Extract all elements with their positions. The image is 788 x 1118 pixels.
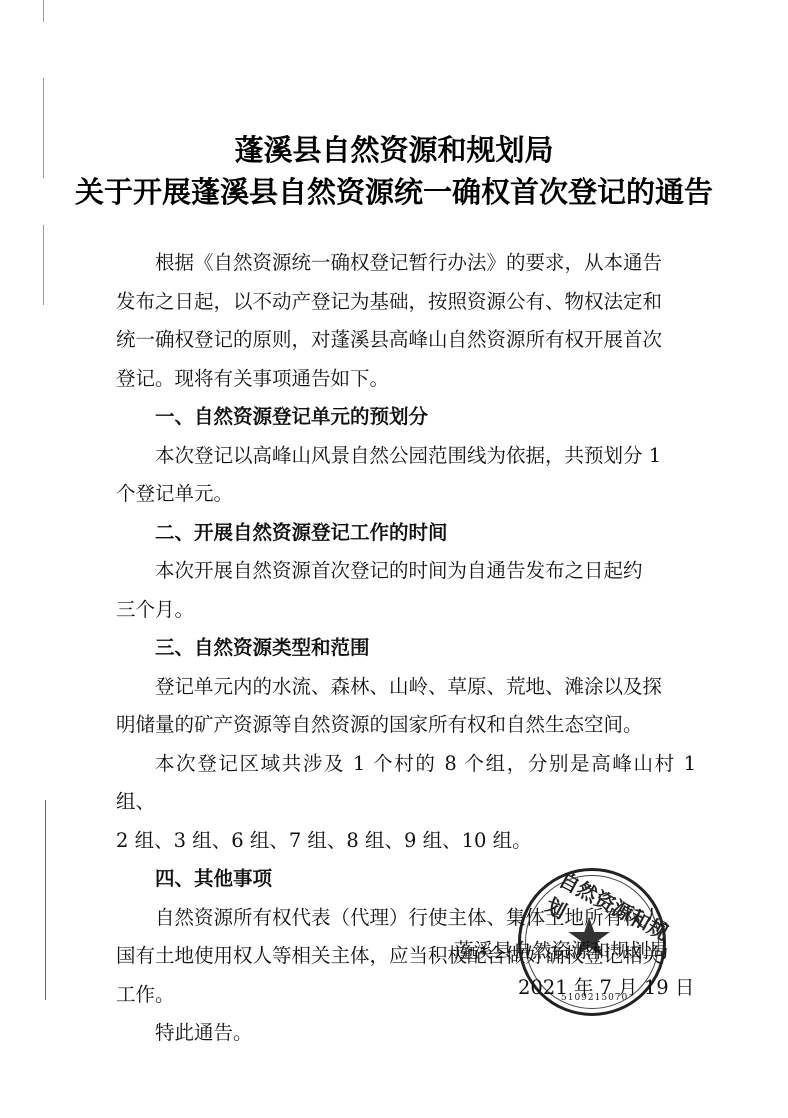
section-3-line: 明储量的矿产资源等自然资源的国家所有权和自然生态空间。: [116, 706, 696, 745]
section-3-line: 本次登记区域共涉及 1 个村的 8 个组，分别是高峰山村 1 组、: [116, 745, 696, 822]
section-3-line: 2 组、3 组、6 组、7 组、8 组、9 组、10 组。: [116, 822, 696, 861]
intro-line: 根据《自然资源统一确权登记暂行办法》的要求，从本通告: [116, 244, 696, 283]
section-heading-1: 一、自然资源登记单元的预划分: [116, 398, 696, 437]
document-title-subject: 关于开展蓬溪县自然资源统一确权首次登记的通告: [0, 170, 788, 211]
signature-org: 蓬溪县自然资源和规划局: [454, 935, 669, 963]
section-heading-2: 二、开展自然资源登记工作的时间: [116, 514, 696, 553]
section-1-line: 个登记单元。: [116, 475, 696, 514]
scan-edge-line: [43, 225, 44, 305]
scan-edge-line: [45, 800, 46, 1000]
section-1-line: 本次登记以高峰山风景自然公园范围线为依据，共预划分 1: [116, 437, 696, 476]
intro-line: 登记。现将有关事项通告如下。: [116, 360, 696, 399]
section-2-line: 本次开展自然资源首次登记的时间为自通告发布之日起约: [116, 552, 696, 591]
section-3-line: 登记单元内的水流、森林、山岭、草原、荒地、滩涂以及探: [116, 668, 696, 707]
scan-edge-line: [43, 0, 44, 22]
intro-line: 发布之日起，以不动产登记为基础，按照资源公有、物权法定和: [116, 283, 696, 322]
document-title-issuer: 蓬溪县自然资源和规划局: [0, 128, 788, 169]
section-heading-3: 三、自然资源类型和范围: [116, 629, 696, 668]
signature-date: 2021 年 7 月 19 日: [518, 972, 694, 1000]
section-2-line: 三个月。: [116, 591, 696, 630]
intro-line: 统一确权登记的原则，对蓬溪县高峰山自然资源所有权开展首次: [116, 321, 696, 360]
closing-line: 特此通告。: [116, 1014, 696, 1053]
